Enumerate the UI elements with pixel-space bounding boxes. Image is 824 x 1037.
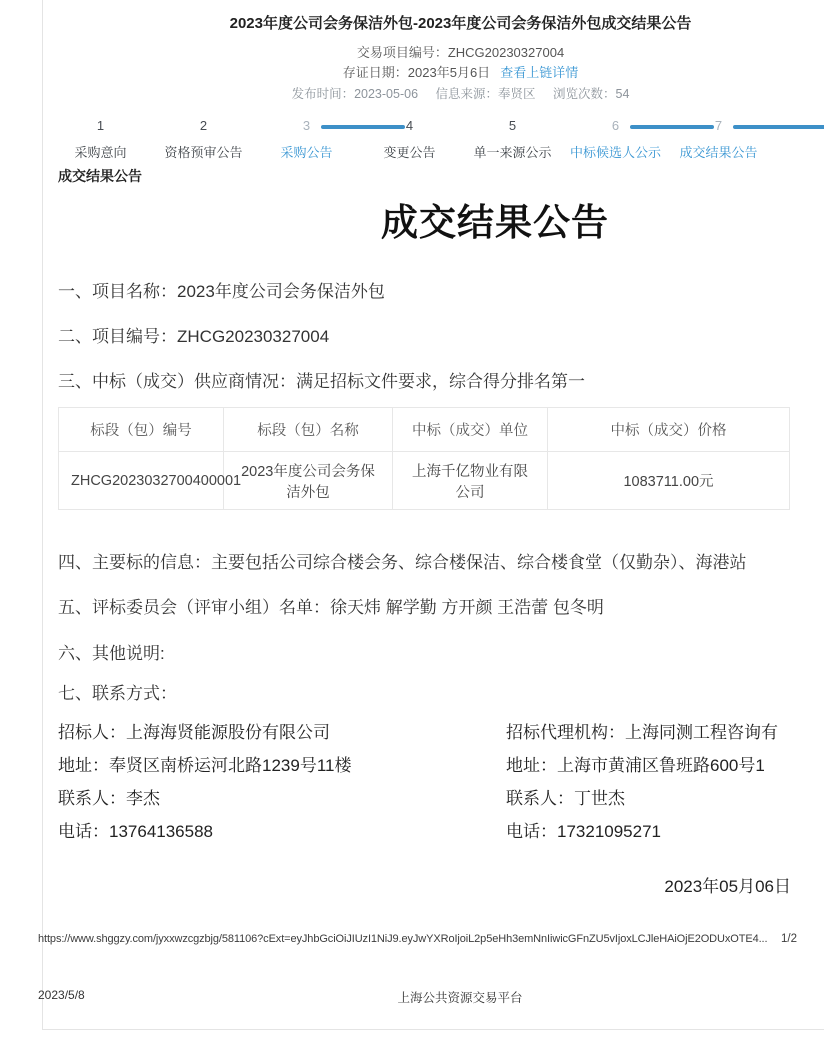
publish-meta-line: 发布时间：2023-05-06 信息来源：奉贤区 浏览次数：54: [43, 84, 824, 102]
step-label: 采购公告: [255, 142, 358, 161]
step-number: 1: [49, 118, 152, 134]
print-footer-url: https://www.shggzy.com/jyxxwzcgzbjg/5811…: [38, 933, 774, 945]
procurement-step-bar: 1 采购意向 2 资格预审公告 3 采购公告 4 变更公告 5 单一来源公示 6…: [49, 118, 824, 161]
tenderer-person: 联系人：李杰: [58, 782, 506, 815]
step-winner-candidates[interactable]: 6 中标候选人公示: [564, 118, 667, 161]
announcement-title: 成交结果公告: [58, 192, 824, 246]
view-count: 浏览次数：54: [553, 87, 629, 101]
step-label: 资格预审公告: [152, 142, 255, 161]
view-chain-details-link[interactable]: 查看上链详情: [500, 65, 578, 80]
cell-price: 1083711.00元: [548, 452, 790, 510]
document-page: 2023年度公司会务保洁外包-2023年度公司会务保洁外包成交结果公告 交易项目…: [42, 0, 824, 1030]
cert-date-text: 存证日期：2023年5月6日: [343, 65, 490, 80]
agency-contact-block: 招标代理机构：上海同测工程咨询有 地址：上海市黄浦区鲁班路600号1 联系人：丁…: [506, 716, 824, 848]
award-result-table: 标段（包）编号 标段（包）名称 中标（成交）单位 中标（成交）价格 ZHCG20…: [58, 407, 790, 510]
table-header-row: 标段（包）编号 标段（包）名称 中标（成交）单位 中标（成交）价格: [59, 408, 790, 452]
section-project-name: 一、项目名称：2023年度公司会务保洁外包: [58, 277, 385, 302]
signature-date: 2023年05月06日: [58, 872, 791, 897]
next-page-site-name: 上海公共资源交易平台: [42, 988, 824, 1006]
step-label: 采购意向: [49, 142, 152, 161]
step-result-announcement[interactable]: 7 成交结果公告: [667, 118, 770, 161]
step-label: 成交结果公告: [667, 142, 770, 161]
cell-lot-code: ZHCG2023032700400001: [59, 452, 224, 510]
tenderer-name: 招标人：上海海贤能源股份有限公司: [58, 716, 506, 749]
publish-time: 发布时间：2023-05-06: [292, 87, 418, 101]
print-page-indicator: 1/2: [781, 933, 797, 945]
col-header-lot-code: 标段（包）编号: [59, 408, 224, 452]
agency-name: 招标代理机构：上海同测工程咨询有: [506, 716, 824, 749]
col-header-price: 中标（成交）价格: [548, 408, 790, 452]
step-number: 4: [358, 118, 461, 134]
step-number: 5: [461, 118, 564, 134]
section-subject-info: 四、主要标的信息：主要包括公司综合楼会务、综合楼保洁、综合楼食堂（仅勤杂）、海港…: [58, 548, 747, 573]
tenderer-contact-block: 招标人：上海海贤能源股份有限公司 地址：奉贤区南桥运河北路1239号11楼 联系…: [58, 716, 506, 848]
cell-lot-name: 2023年度公司会务保洁外包: [224, 452, 393, 510]
section-other-notes: 六、其他说明:: [58, 639, 165, 664]
page-title: 2023年度公司会务保洁外包-2023年度公司会务保洁外包成交结果公告: [43, 12, 824, 33]
step-number: 2: [152, 118, 255, 134]
section-committee-list: 五、评标委员会（评审小组）名单：徐天炜 解学勤 方开颜 王浩蕾 包冬明: [58, 593, 604, 618]
col-header-lot-name: 标段（包）名称: [224, 408, 393, 452]
step-label: 中标候选人公示: [564, 142, 667, 161]
project-number-line: 交易项目编号：ZHCG20230327004: [43, 42, 824, 61]
step-purchase-intent[interactable]: 1 采购意向: [49, 118, 152, 161]
section-supplier-info: 三、中标（成交）供应商情况：满足招标文件要求，综合得分排名第一: [58, 367, 585, 392]
step-label: 单一来源公示: [461, 142, 564, 161]
col-header-winner: 中标（成交）单位: [393, 408, 548, 452]
agency-address: 地址：上海市黄浦区鲁班路600号1: [506, 749, 824, 782]
step-single-source[interactable]: 5 单一来源公示: [461, 118, 564, 161]
section-project-number: 二、项目编号：ZHCG20230327004: [58, 322, 329, 347]
step-change-announcement[interactable]: 4 变更公告: [358, 118, 461, 161]
breadcrumb: 成交结果公告: [58, 166, 142, 186]
step-purchase-announcement[interactable]: 3 采购公告: [255, 118, 358, 161]
cell-winner: 上海千亿物业有限公司: [393, 452, 548, 510]
agency-person: 联系人：丁世杰: [506, 782, 824, 815]
next-page-print-date: 2023/5/8: [38, 988, 85, 1002]
section-contact-info: 七、联系方式：: [58, 679, 177, 704]
agency-phone: 电话：17321095271: [506, 815, 824, 848]
info-source: 信息来源：奉贤区: [436, 87, 536, 101]
step-label: 变更公告: [358, 142, 461, 161]
tenderer-address: 地址：奉贤区南桥运河北路1239号11楼: [58, 749, 506, 782]
step-progress-line: [733, 125, 824, 129]
cert-date-line: 存证日期：2023年5月6日查看上链详情: [43, 62, 824, 81]
step-prequalification[interactable]: 2 资格预审公告: [152, 118, 255, 161]
table-row: ZHCG2023032700400001 2023年度公司会务保洁外包 上海千亿…: [59, 452, 790, 510]
tenderer-phone: 电话：13764136588: [58, 815, 506, 848]
